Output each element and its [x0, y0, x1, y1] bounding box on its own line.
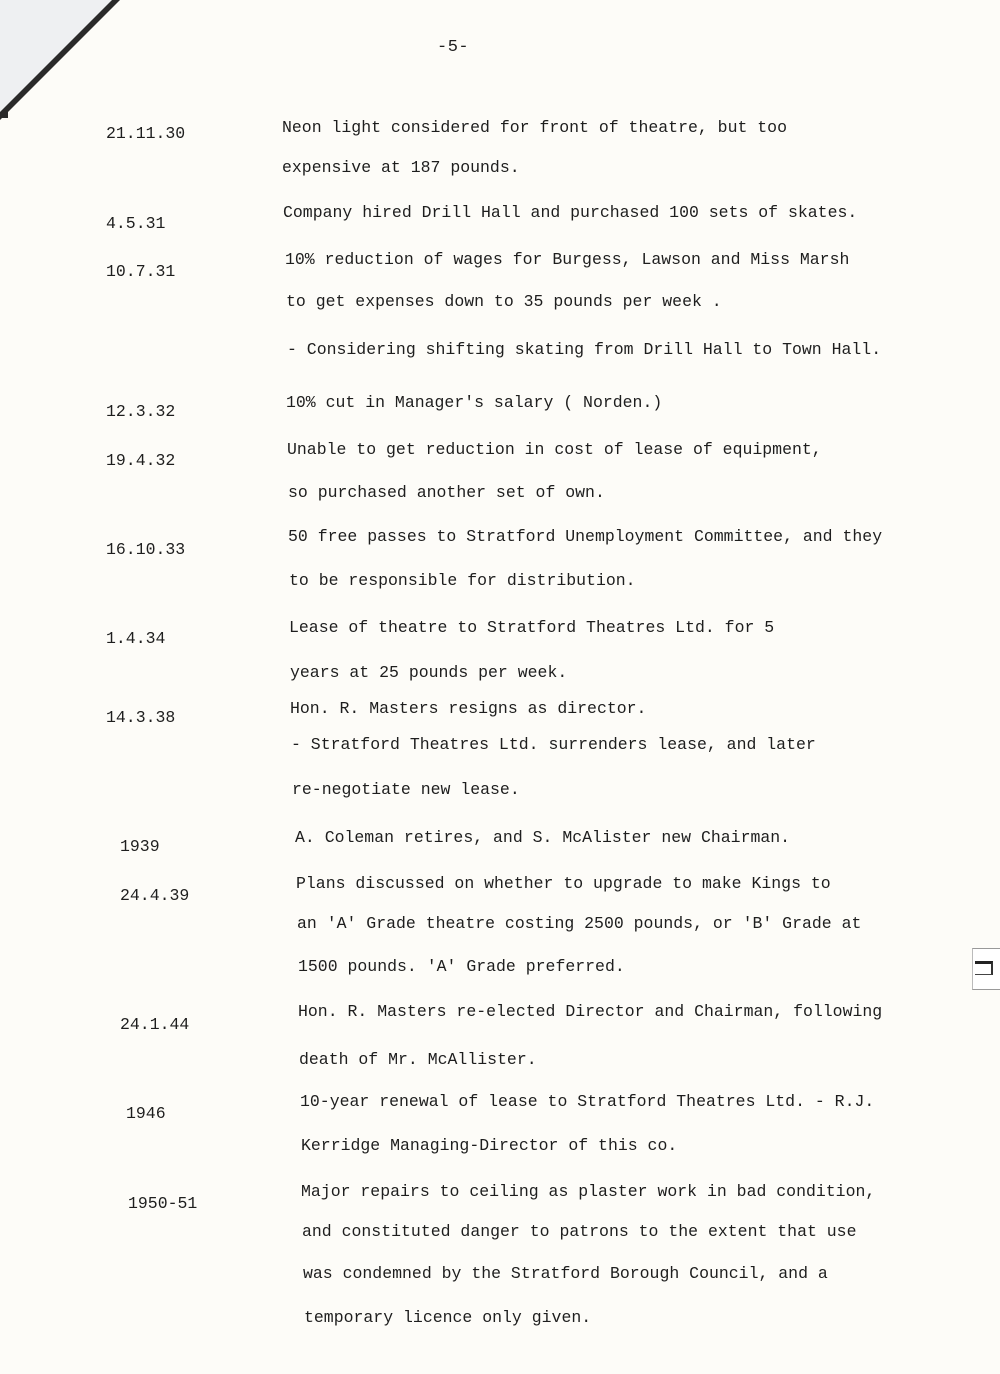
entry-text: to be responsible for distribution. [289, 571, 636, 590]
entry-date: 1939 [120, 837, 160, 856]
entry-text: Company hired Drill Hall and purchased 1… [283, 203, 857, 222]
entry-text: and constituted danger to patrons to the… [302, 1222, 857, 1241]
entry-text: A. Coleman retires, and S. McAlister new… [295, 828, 790, 847]
entry-text: to get expenses down to 35 pounds per we… [286, 292, 722, 311]
entry-text: - Stratford Theatres Ltd. surrenders lea… [291, 735, 816, 754]
entry-text: 10-year renewal of lease to Stratford Th… [300, 1092, 874, 1111]
entry-text: - Considering shifting skating from Dril… [287, 340, 881, 359]
entry-text: 50 free passes to Stratford Unemployment… [288, 527, 882, 546]
entry-text: Neon light considered for front of theat… [282, 118, 787, 137]
entry-date: 24.4.39 [120, 886, 189, 905]
clip-icon [975, 961, 993, 975]
entry-date: 19.4.32 [106, 451, 175, 470]
entry-date: 1946 [126, 1104, 166, 1123]
entry-date: 14.3.38 [106, 708, 175, 727]
entry-date: 21.11.30 [106, 124, 185, 143]
binder-clip-mark [972, 948, 1000, 990]
entry-date: 16.10.33 [106, 540, 185, 559]
entry-text: was condemned by the Stratford Borough C… [303, 1264, 828, 1283]
entry-text: Kerridge Managing-Director of this co. [301, 1136, 677, 1155]
entry-date: 1.4.34 [106, 629, 165, 648]
entry-text: temporary licence only given. [304, 1308, 591, 1327]
entry-text: Lease of theatre to Stratford Theatres L… [289, 618, 774, 637]
entry-text: death of Mr. McAllister. [299, 1050, 537, 1069]
entry-date: 1950-51 [128, 1194, 197, 1213]
entry-text: years at 25 pounds per week. [290, 663, 567, 682]
entry-text: re-negotiate new lease. [292, 780, 520, 799]
entry-date: 12.3.32 [106, 402, 175, 421]
entry-text: Major repairs to ceiling as plaster work… [301, 1182, 875, 1201]
entry-date: 4.5.31 [106, 214, 165, 233]
entry-text: 10% reduction of wages for Burgess, Laws… [285, 250, 849, 269]
entry-text: Unable to get reduction in cost of lease… [287, 440, 822, 459]
entry-text: expensive at 187 pounds. [282, 158, 520, 177]
entry-text: 1500 pounds. 'A' Grade preferred. [298, 957, 625, 976]
page-number: -5- [437, 38, 469, 57]
entry-text: Plans discussed on whether to upgrade to… [296, 874, 831, 893]
entry-text: Hon. R. Masters resigns as director. [290, 699, 646, 718]
entry-text: so purchased another set of own. [288, 483, 605, 502]
entry-date: 24.1.44 [120, 1015, 189, 1034]
folded-corner [0, 0, 112, 112]
entry-text: an 'A' Grade theatre costing 2500 pounds… [297, 914, 861, 933]
entry-text: 10% cut in Manager's salary ( Norden.) [286, 393, 662, 412]
entry-date: 10.7.31 [106, 262, 175, 281]
entry-text: Hon. R. Masters re-elected Director and … [298, 1002, 882, 1021]
